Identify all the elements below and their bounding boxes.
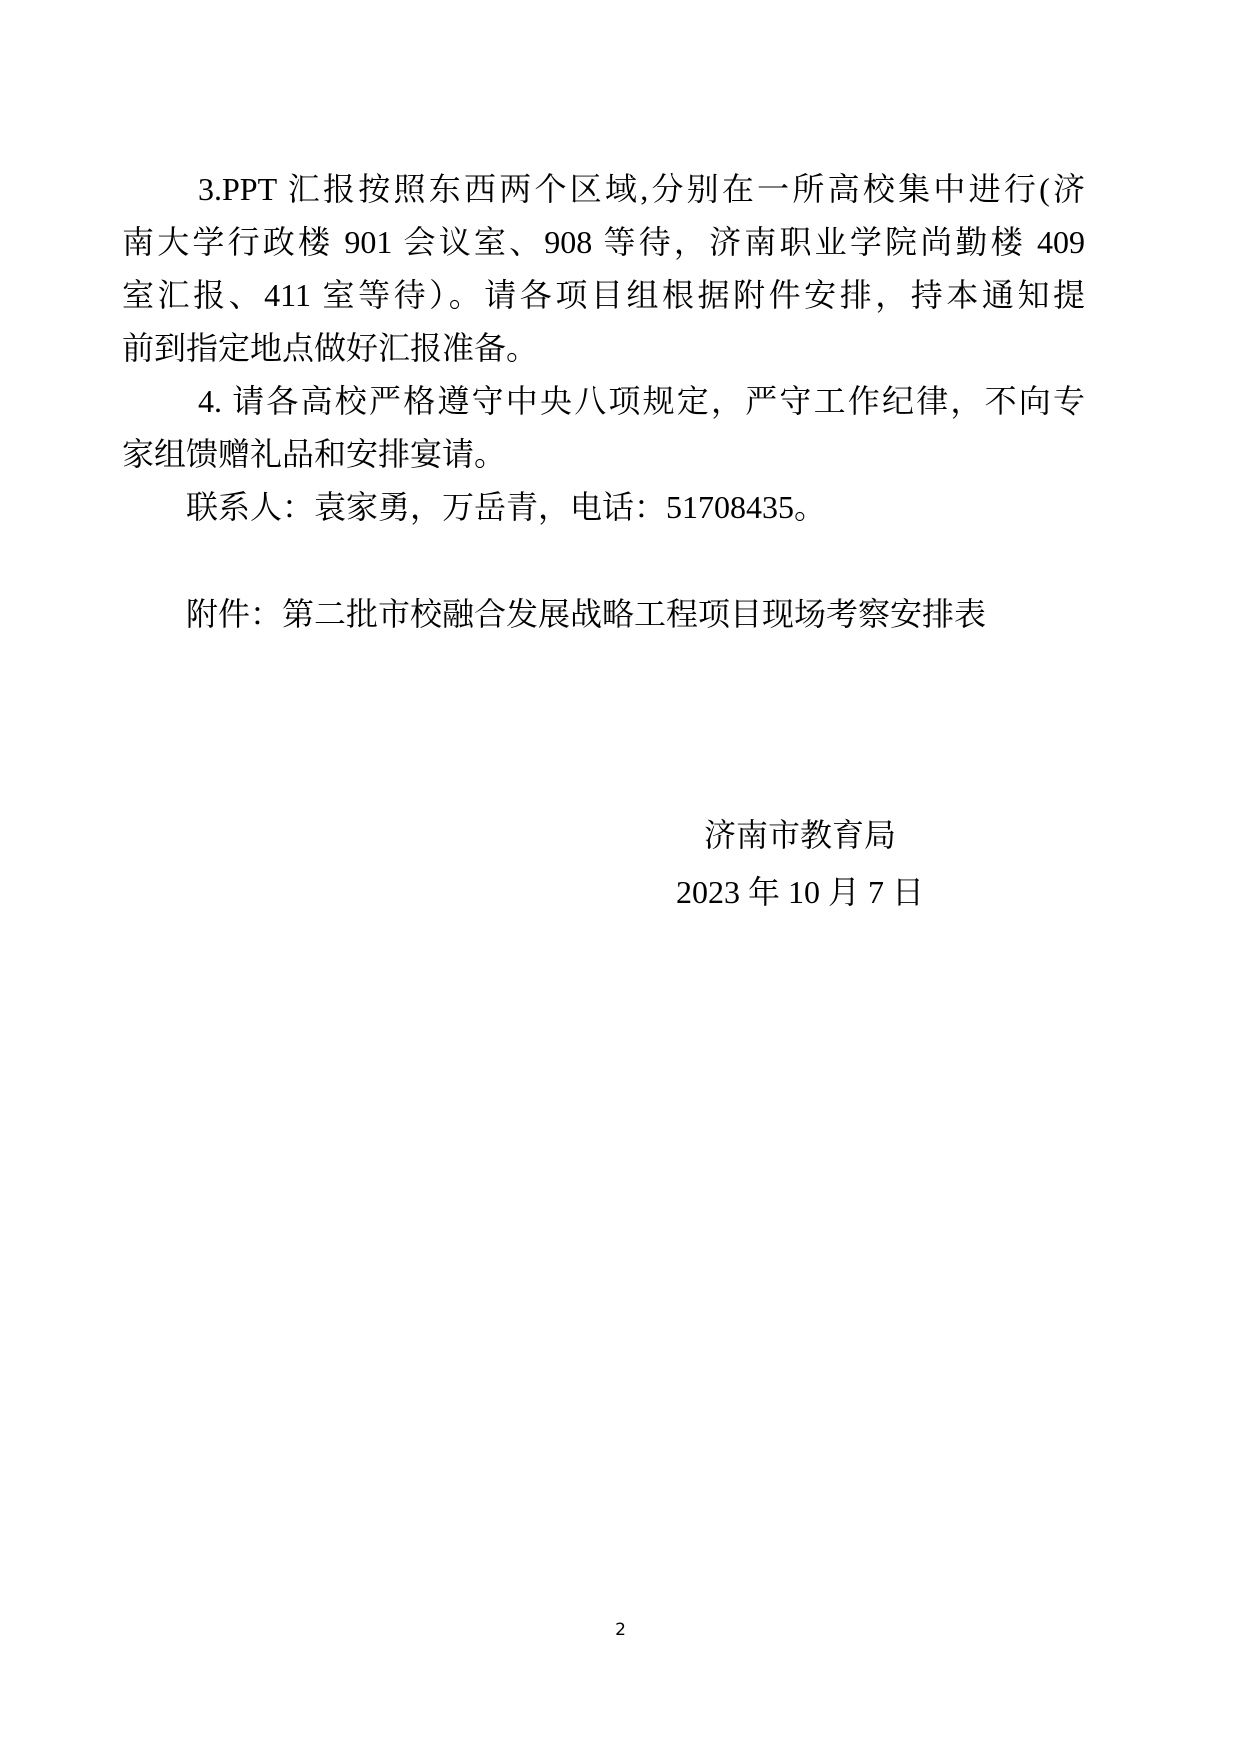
- item-3-line-1: 3.PPT 汇报按照东西两个区域,分别在一所高校集中进行(济: [122, 163, 1085, 216]
- item-3-line-4: 前到指定地点做好汇报准备。: [122, 322, 1085, 375]
- item-4-line-1: 4. 请各高校严格遵守中央八项规定，严守工作纪律，不向专: [122, 375, 1085, 428]
- item-3-line-3: 室汇报、411 室等待）。请各项目组根据附件安排，持本通知提: [122, 269, 1085, 322]
- signature-block: 济南市教育局 2023 年 10 月 7 日: [540, 807, 1060, 921]
- item-3-line-2: 南大学行政楼 901 会议室、908 等待，济南职业学院尚勤楼 409: [122, 216, 1085, 269]
- document-body: 3.PPT 汇报按照东西两个区域,分别在一所高校集中进行(济 南大学行政楼 90…: [122, 163, 1085, 641]
- page-footer: 2: [0, 1620, 1241, 1640]
- attachment-line: 附件：第二批市校融合发展战略工程项目现场考察安排表: [122, 588, 1085, 641]
- issuer-name: 济南市教育局: [540, 807, 1060, 864]
- item-4-line-2: 家组馈赠礼品和安排宴请。: [122, 428, 1085, 481]
- blank-line: [122, 534, 1085, 588]
- document-page: 3.PPT 汇报按照东西两个区域,分别在一所高校集中进行(济 南大学行政楼 90…: [0, 0, 1241, 1754]
- contact-line: 联系人：袁家勇，万岳青，电话：51708435。: [122, 481, 1085, 534]
- page-number: 2: [615, 1620, 626, 1640]
- signature-date: 2023 年 10 月 7 日: [540, 864, 1060, 921]
